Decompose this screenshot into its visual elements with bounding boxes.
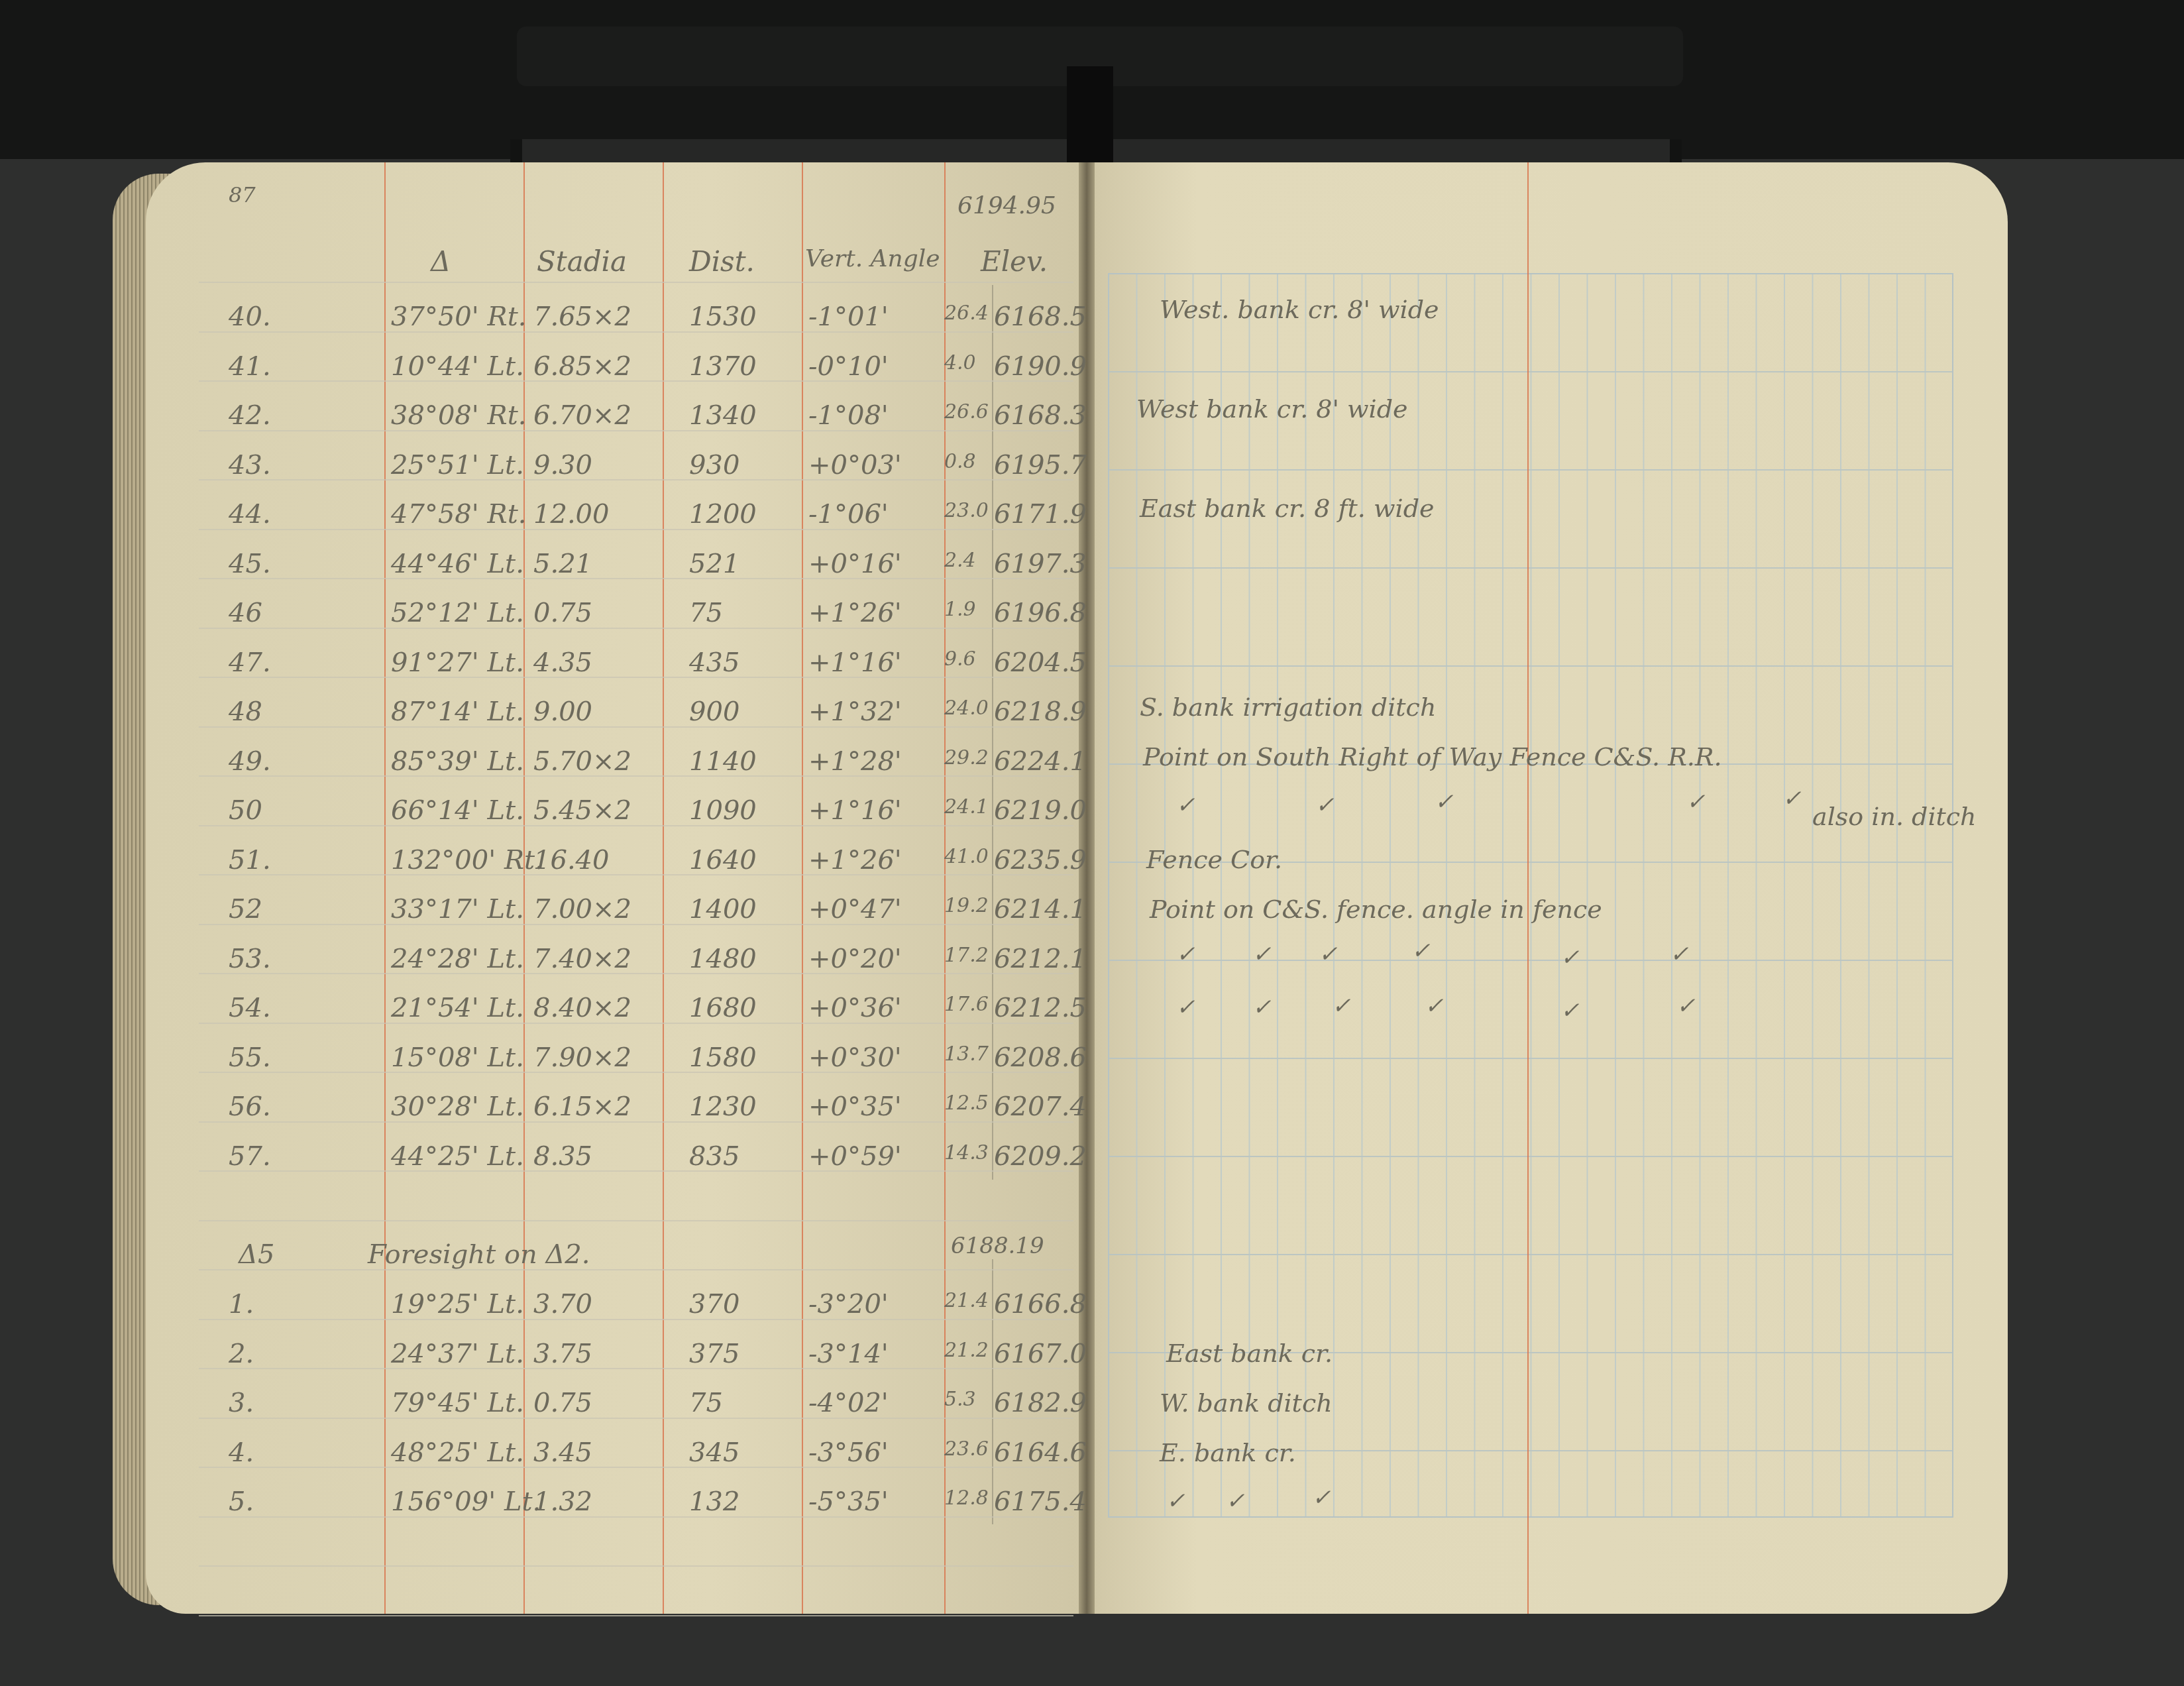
cell-diff: 29.2	[944, 746, 989, 769]
cell-vert: -1°06'	[808, 499, 889, 530]
cell-elev: 6168.5	[994, 302, 1087, 332]
cell-vert: -5°35'	[808, 1487, 889, 1517]
cell-dist: 132	[689, 1487, 739, 1517]
cell-angle: 87°14' Lt.	[391, 697, 524, 727]
field-note: S. bank irrigation ditch	[1140, 693, 1436, 722]
ruled-line	[199, 1319, 1073, 1320]
cell-dist: 435	[689, 647, 739, 678]
cell-station: 54.	[229, 993, 271, 1023]
cell-dist: 375	[689, 1339, 739, 1369]
field-note: West bank cr. 8' wide	[1136, 394, 1407, 423]
cell-vert: -3°56'	[808, 1437, 889, 1468]
ruled-line	[199, 430, 1073, 431]
cell-station: 3.	[229, 1388, 254, 1418]
cell-stadia: 5.70×2	[533, 746, 631, 777]
cell-angle: 24°28' Lt.	[391, 944, 524, 974]
cell-vert: +1°26'	[808, 845, 902, 875]
header-angle: Δ	[431, 245, 451, 278]
ruled-line	[199, 1615, 1073, 1616]
cell-dist: 1340	[689, 400, 757, 431]
cell-diff: 21.2	[944, 1339, 989, 1362]
cell-diff: 26.6	[944, 400, 989, 423]
cell-elev: 6175.4	[994, 1487, 1087, 1517]
ruled-line	[199, 1565, 1073, 1567]
cell-stadia: 5.45×2	[533, 795, 631, 826]
check-mark-icon: ✓	[1411, 938, 1431, 964]
cell-elev: 6204.5	[994, 647, 1087, 678]
ruled-line	[199, 1467, 1073, 1468]
cell-elev: 6197.3	[994, 549, 1087, 579]
cell-station: 48	[229, 697, 262, 727]
section2-label: Foresight on Δ2.	[368, 1239, 590, 1270]
cell-dist: 75	[689, 598, 723, 628]
cell-diff: 13.7	[944, 1042, 989, 1066]
cell-angle: 37°50' Rt.	[391, 302, 526, 332]
cell-diff: 9.6	[944, 647, 976, 671]
cell-elev: 6219.0	[994, 795, 1087, 826]
check-mark-icon: ✓	[1166, 1488, 1185, 1514]
cell-elev: 6214.1	[994, 894, 1087, 925]
field-note: East bank cr. 8 ft. wide	[1140, 494, 1434, 523]
cell-angle: 38°08' Rt.	[391, 400, 526, 431]
cell-station: 47.	[229, 647, 271, 678]
check-mark-icon: ✓	[1176, 941, 1195, 968]
page-number: 87	[229, 182, 256, 207]
check-mark-icon: ✓	[1782, 785, 1802, 812]
cell-stadia: 3.45	[533, 1437, 592, 1468]
cell-elev: 6212.1	[994, 944, 1087, 974]
cell-dist: 1400	[689, 894, 757, 925]
cell-stadia: 7.40×2	[533, 944, 631, 974]
cell-angle: 91°27' Lt.	[391, 647, 524, 678]
cell-stadia: 3.75	[533, 1339, 592, 1369]
cell-dist: 370	[689, 1289, 739, 1320]
cell-stadia: 5.21	[533, 549, 592, 579]
cell-diff: 23.6	[944, 1437, 989, 1461]
section2-station: Δ5	[239, 1239, 274, 1270]
cell-stadia: 7.00×2	[533, 894, 631, 925]
cell-dist: 1370	[689, 351, 757, 382]
cell-stadia: 7.90×2	[533, 1042, 631, 1073]
field-note: E. bank cr.	[1160, 1438, 1296, 1467]
cell-station: 56.	[229, 1092, 271, 1122]
header-vert-angle: Vert. Angle	[805, 245, 940, 272]
cell-diff: 14.3	[944, 1141, 989, 1164]
cell-dist: 835	[689, 1141, 739, 1172]
cell-diff: 26.4	[944, 302, 989, 325]
ruled-line	[199, 874, 1073, 875]
field-note: Fence Cor.	[1146, 845, 1282, 874]
cell-station: 5.	[229, 1487, 254, 1517]
cell-station: 52	[229, 894, 262, 925]
cell-dist: 1580	[689, 1042, 757, 1073]
cell-vert: +0°47'	[808, 894, 902, 925]
cell-elev: 6224.1	[994, 746, 1087, 777]
cell-station: 46	[229, 598, 262, 628]
cell-elev: 6171.9	[994, 499, 1087, 530]
cell-stadia: 9.30	[533, 450, 592, 480]
cell-dist: 521	[689, 549, 739, 579]
ruled-line	[199, 628, 1073, 629]
cell-dist: 75	[689, 1388, 723, 1418]
cell-station: 45.	[229, 549, 271, 579]
cell-angle: 132°00' Rt.	[391, 845, 543, 875]
ruled-line	[199, 677, 1073, 678]
cell-dist: 1200	[689, 499, 757, 530]
check-mark-icon: ✓	[1670, 941, 1689, 968]
ruled-line	[199, 1516, 1073, 1518]
cell-vert: +1°16'	[808, 647, 902, 678]
cell-elev: 6209.2	[994, 1141, 1087, 1172]
ruled-line	[199, 1368, 1073, 1369]
field-note: West. bank cr. 8' wide	[1160, 295, 1439, 324]
section2-elevation: 6188.19	[951, 1233, 1044, 1259]
cell-elev: 6167.0	[994, 1339, 1087, 1369]
check-mark-icon: ✓	[1676, 993, 1696, 1019]
cell-diff: 21.4	[944, 1289, 989, 1312]
check-mark-icon: ✓	[1312, 1485, 1331, 1511]
ruled-line	[199, 973, 1073, 974]
cell-elev: 6166.8	[994, 1289, 1087, 1320]
cell-angle: 30°28' Lt.	[391, 1092, 524, 1122]
cell-diff: 0.8	[944, 450, 976, 473]
cell-station: 53.	[229, 944, 271, 974]
cell-station: 42.	[229, 400, 271, 431]
cell-dist: 1230	[689, 1092, 757, 1122]
cell-vert: +0°35'	[808, 1092, 902, 1122]
cell-stadia: 1.32	[533, 1487, 592, 1517]
header-dist: Dist.	[689, 245, 755, 278]
check-mark-icon: ✓	[1319, 941, 1338, 968]
cell-vert: -1°01'	[808, 302, 889, 332]
ruled-line	[199, 924, 1073, 925]
cell-vert: +1°26'	[808, 598, 902, 628]
cell-angle: 10°44' Lt.	[391, 351, 524, 382]
cell-station: 44.	[229, 499, 271, 530]
cell-vert: +0°03'	[808, 450, 902, 480]
cell-angle: 79°45' Lt.	[391, 1388, 524, 1418]
cell-diff: 12.5	[944, 1092, 989, 1115]
cell-diff: 1.9	[944, 598, 976, 621]
cell-diff: 41.0	[944, 845, 989, 868]
cell-vert: -0°10'	[808, 351, 889, 382]
cell-angle: 85°39' Lt.	[391, 746, 524, 777]
header-elev: Elev.	[981, 245, 1048, 278]
field-note: also in. ditch	[1812, 802, 1977, 831]
cell-dist: 900	[689, 697, 739, 727]
field-note: W. bank ditch	[1160, 1388, 1333, 1418]
cell-vert: +0°20'	[808, 944, 902, 974]
cell-stadia: 9.00	[533, 697, 592, 727]
cell-elev: 6182.9	[994, 1388, 1087, 1418]
field-note: Point on C&S. fence. angle in fence	[1150, 895, 1602, 924]
cell-stadia: 16.40	[533, 845, 610, 875]
ruled-line	[199, 775, 1073, 777]
cell-station: 41.	[229, 351, 271, 382]
cell-angle: 66°14' Lt.	[391, 795, 524, 826]
ruled-line	[199, 1072, 1073, 1073]
check-mark-icon: ✓	[1252, 941, 1272, 968]
cell-vert: +1°28'	[808, 746, 902, 777]
cell-diff: 24.0	[944, 697, 989, 720]
cell-dist: 345	[689, 1437, 739, 1468]
cell-vert: -3°20'	[808, 1289, 889, 1320]
field-note: East bank cr.	[1166, 1339, 1333, 1368]
cell-elev: 6218.9	[994, 697, 1087, 727]
cell-angle: 52°12' Lt.	[391, 598, 524, 628]
cell-angle: 44°46' Lt.	[391, 549, 524, 579]
cell-stadia: 4.35	[533, 647, 592, 678]
ruled-line	[199, 1269, 1073, 1270]
field-note: Point on South Right of Way Fence C&S. R…	[1143, 742, 1722, 771]
cell-stadia: 7.65×2	[533, 302, 631, 332]
ruled-line	[199, 529, 1073, 530]
cell-elev: 6168.3	[994, 400, 1087, 431]
ruled-line	[199, 380, 1073, 382]
cell-station: 2.	[229, 1339, 254, 1369]
cell-elev: 6190.9	[994, 351, 1087, 382]
cell-stadia: 12.00	[533, 499, 610, 530]
cell-angle: 156°09' Lt.	[391, 1487, 541, 1517]
cell-dist: 1140	[689, 746, 757, 777]
ruled-line	[199, 1418, 1073, 1419]
cell-station: 49.	[229, 746, 271, 777]
cell-dist: 1680	[689, 993, 757, 1023]
cell-dist: 930	[689, 450, 739, 480]
cell-dist: 1480	[689, 944, 757, 974]
cell-stadia: 0.75	[533, 1388, 592, 1418]
check-mark-icon: ✓	[1226, 1488, 1245, 1514]
cell-diff: 4.0	[944, 351, 976, 374]
cell-station: 40.	[229, 302, 271, 332]
cell-station: 1.	[229, 1289, 254, 1320]
cell-diff: 23.0	[944, 499, 989, 522]
cell-station: 50	[229, 795, 262, 826]
diff-elev-divider	[992, 1259, 993, 1524]
ruled-line	[199, 282, 1073, 283]
cell-diff: 17.2	[944, 944, 989, 967]
cell-vert: +0°36'	[808, 993, 902, 1023]
cell-dist: 1530	[689, 302, 757, 332]
header-stadia: Stadia	[537, 245, 627, 278]
diff-elev-divider	[992, 285, 993, 1180]
right-page-rule	[1527, 162, 1529, 1614]
cell-diff: 24.1	[944, 795, 989, 818]
check-mark-icon: ✓	[1252, 994, 1272, 1021]
ruled-line	[199, 1121, 1073, 1123]
check-mark-icon: ✓	[1332, 993, 1351, 1019]
cell-elev: 6212.5	[994, 993, 1087, 1023]
spine-clip	[1067, 66, 1113, 166]
cell-elev: 6196.8	[994, 598, 1087, 628]
cell-stadia: 6.15×2	[533, 1092, 631, 1122]
cell-station: 55.	[229, 1042, 271, 1073]
cell-angle: 21°54' Lt.	[391, 993, 524, 1023]
cell-station: 43.	[229, 450, 271, 480]
cell-stadia: 3.70	[533, 1289, 592, 1320]
cell-stadia: 6.70×2	[533, 400, 631, 431]
cell-station: 4.	[229, 1437, 254, 1468]
cell-vert: -1°08'	[808, 400, 889, 431]
cell-vert: -3°14'	[808, 1339, 889, 1369]
cell-angle: 47°58' Rt.	[391, 499, 526, 530]
ruled-line	[199, 479, 1073, 480]
cell-elev: 6195.7	[994, 450, 1087, 480]
cell-vert: +1°32'	[808, 697, 902, 727]
cell-diff: 17.6	[944, 993, 989, 1016]
cell-station: 57.	[229, 1141, 271, 1172]
cell-angle: 25°51' Lt.	[391, 450, 524, 480]
cell-elev: 6208.6	[994, 1042, 1087, 1073]
check-mark-icon: ✓	[1425, 993, 1444, 1019]
ruled-line	[199, 1170, 1073, 1172]
cell-dist: 1640	[689, 845, 757, 875]
starting-elevation: 6194.95	[957, 192, 1056, 219]
cell-dist: 1090	[689, 795, 757, 826]
check-mark-icon: ✓	[1176, 792, 1195, 818]
cell-diff: 2.4	[944, 549, 976, 572]
cell-diff: 12.8	[944, 1487, 989, 1510]
cell-vert: +0°30'	[808, 1042, 902, 1073]
cell-elev: 6235.9	[994, 845, 1087, 875]
cell-vert: +0°59'	[808, 1141, 902, 1172]
ruled-line	[199, 1023, 1073, 1024]
ruled-line	[199, 1220, 1073, 1221]
cell-diff: 19.2	[944, 894, 989, 917]
check-mark-icon: ✓	[1176, 994, 1195, 1021]
check-mark-icon: ✓	[1560, 944, 1580, 971]
cell-diff: 5.3	[944, 1388, 976, 1411]
cell-angle: 48°25' Lt.	[391, 1437, 524, 1468]
cell-stadia: 8.40×2	[533, 993, 631, 1023]
cell-stadia: 8.35	[533, 1141, 592, 1172]
ruled-line	[199, 825, 1073, 826]
cell-vert: +1°16'	[808, 795, 902, 826]
ruled-line	[199, 331, 1073, 333]
cell-elev: 6207.4	[994, 1092, 1087, 1122]
check-mark-icon: ✓	[1315, 792, 1335, 818]
cell-angle: 33°17' Lt.	[391, 894, 524, 925]
cell-stadia: 6.85×2	[533, 351, 631, 382]
cell-vert: -4°02'	[808, 1388, 889, 1418]
cell-angle: 19°25' Lt.	[391, 1289, 524, 1320]
ruled-line	[199, 578, 1073, 579]
cell-angle: 44°25' Lt.	[391, 1141, 524, 1172]
check-mark-icon: ✓	[1435, 789, 1454, 815]
cell-angle: 15°08' Lt.	[391, 1042, 524, 1073]
check-mark-icon: ✓	[1686, 789, 1706, 815]
cell-angle: 24°37' Lt.	[391, 1339, 524, 1369]
cell-vert: +0°16'	[808, 549, 902, 579]
cell-elev: 6164.6	[994, 1437, 1087, 1468]
check-mark-icon: ✓	[1560, 997, 1580, 1024]
cell-stadia: 0.75	[533, 598, 592, 628]
ruled-line	[199, 726, 1073, 728]
cell-station: 51.	[229, 845, 271, 875]
